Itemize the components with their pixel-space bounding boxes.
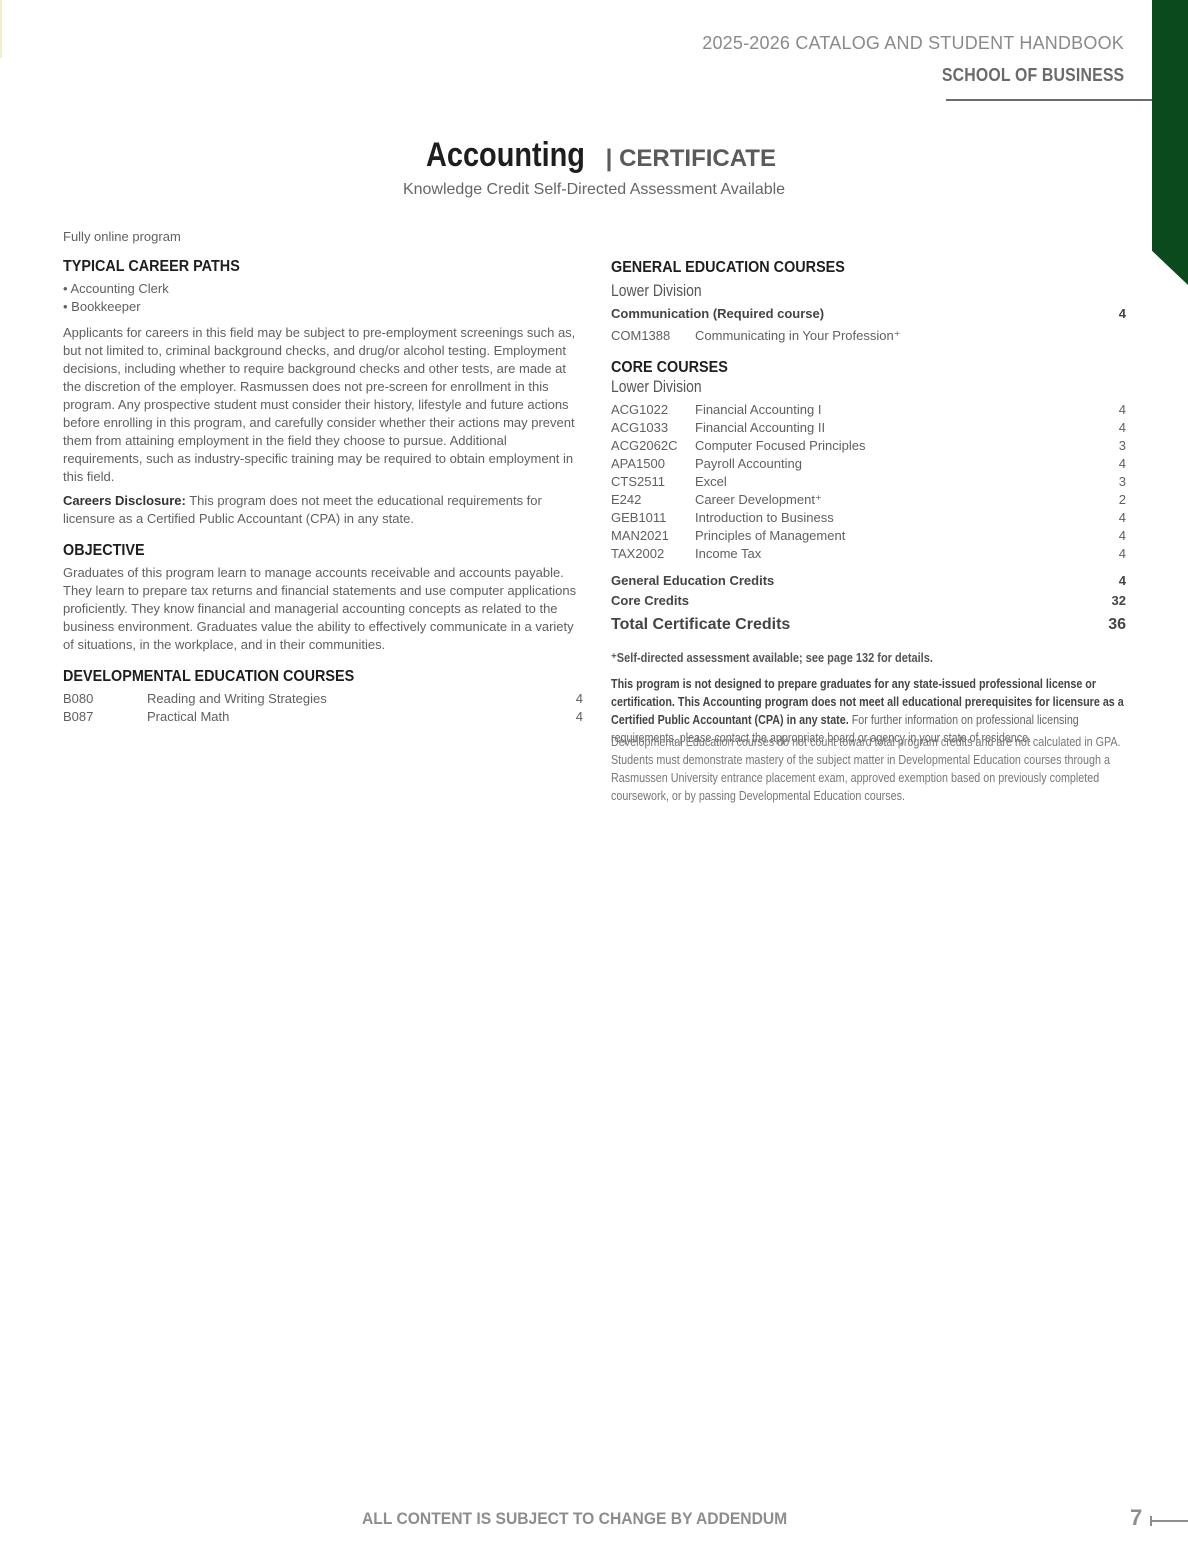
course-code: GEB1011 — [611, 509, 695, 527]
course-row: ACG1033Financial Accounting II4 — [611, 419, 1126, 437]
course-row: TAX2002Income Tax4 — [611, 545, 1126, 563]
left-column: Fully online program TYPICAL CAREER PATH… — [63, 228, 583, 740]
course-credits: 4 — [1106, 509, 1126, 527]
total-credits-row: Total Certificate Credits 36 — [611, 615, 1126, 635]
developmental-section: DEVELOPMENTAL EDUCATION COURSES B080 Rea… — [63, 668, 583, 726]
page-edge-mark — [0, 0, 2, 58]
course-code: TAX2002 — [611, 545, 695, 563]
developmental-heading: DEVELOPMENTAL EDUCATION COURSES — [63, 668, 531, 686]
course-credits: 3 — [1106, 437, 1126, 455]
page-title: Accounting | CERTIFICATE — [0, 136, 1188, 175]
course-group-header: Communication (Required course) 4 — [611, 305, 1126, 323]
disclosure-label: Careers Disclosure: — [63, 493, 186, 508]
course-code: B087 — [63, 708, 147, 726]
objective-text: Graduates of this program learn to manag… — [63, 564, 583, 654]
course-credits: 4 — [563, 708, 583, 726]
course-row: B080 Reading and Writing Strategies 4 — [63, 690, 583, 708]
developmental-note: Developmental Education courses do not c… — [611, 733, 1127, 805]
footer-disclaimer: ALL CONTENT IS SUBJECT TO CHANGE BY ADDE… — [362, 1509, 787, 1529]
course-name: Reading and Writing Strategies — [147, 690, 563, 708]
course-credits: 4 — [1106, 419, 1126, 437]
right-column: GENERAL EDUCATION COURSES Lower Division… — [611, 259, 1126, 805]
course-code: MAN2021 — [611, 527, 695, 545]
division-label: Lower Division — [611, 281, 1033, 301]
delivery-mode: Fully online program — [63, 228, 583, 246]
course-row: CTS2511Excel3 — [611, 473, 1126, 491]
division-label: Lower Division — [611, 377, 1033, 397]
course-code: ACG2062C — [611, 437, 695, 455]
program-name: Accounting — [426, 136, 585, 175]
group-label: Communication (Required course) — [611, 305, 1106, 323]
core-credits-label: Core Credits — [611, 591, 1086, 611]
course-code: ACG1022 — [611, 401, 695, 419]
course-row: GEB1011Introduction to Business4 — [611, 509, 1126, 527]
course-row: APA1500Payroll Accounting4 — [611, 455, 1126, 473]
course-name: Financial Accounting I — [695, 401, 1106, 419]
course-credits: 4 — [1106, 401, 1126, 419]
credit-totals: General Education Credits 4 Core Credits… — [611, 571, 1126, 635]
screening-paragraph: Applicants for careers in this field may… — [63, 324, 583, 486]
program-type: CERTIFICATE — [619, 145, 776, 172]
catalog-title: 2025-2026 CATALOG AND STUDENT HANDBOOK — [702, 33, 1124, 54]
course-row: MAN2021Principles of Management4 — [611, 527, 1126, 545]
course-code: APA1500 — [611, 455, 695, 473]
group-credits: 4 — [1106, 305, 1126, 323]
program-separator: | — [599, 145, 619, 172]
core-credits-value: 32 — [1086, 591, 1126, 611]
total-credits-label: Total Certificate Credits — [611, 615, 1086, 635]
self-directed-footnote: ⁺Self-directed assessment available; see… — [611, 649, 1126, 667]
course-code: ACG1033 — [611, 419, 695, 437]
core-heading: CORE COURSES — [611, 359, 1075, 377]
course-credits: 4 — [1106, 455, 1126, 473]
course-code: COM1388 — [611, 327, 695, 345]
general-education-section: GENERAL EDUCATION COURSES Lower Division… — [611, 259, 1126, 345]
total-credits-value: 36 — [1086, 615, 1126, 635]
school-name: SCHOOL OF BUSINESS — [942, 65, 1124, 86]
course-name: Introduction to Business — [695, 509, 1106, 527]
course-row: ACG1022Financial Accounting I4 — [611, 401, 1126, 419]
course-name: Payroll Accounting — [695, 455, 1106, 473]
page-number: 7 — [1130, 1505, 1142, 1531]
gen-ed-credits-value: 4 — [1086, 571, 1126, 591]
course-credits: 3 — [1106, 473, 1126, 491]
career-paths-list: Accounting Clerk Bookkeeper — [63, 280, 583, 316]
header-divider — [946, 99, 1152, 101]
career-path-item: Bookkeeper — [63, 298, 583, 316]
course-name: Practical Math — [147, 708, 563, 726]
course-credits: 4 — [1106, 527, 1126, 545]
course-code: B080 — [63, 690, 147, 708]
course-credits — [1106, 327, 1126, 345]
careers-disclosure: Careers Disclosure: This program does no… — [63, 492, 583, 528]
gen-ed-credits-label: General Education Credits — [611, 571, 1086, 591]
course-row: E242Career Development⁺2 — [611, 491, 1126, 509]
gen-ed-credits-row: General Education Credits 4 — [611, 571, 1126, 591]
course-name: Communicating in Your Profession⁺ — [695, 327, 1106, 345]
general-education-heading: GENERAL EDUCATION COURSES — [611, 259, 1075, 277]
course-row: ACG2062CComputer Focused Principles3 — [611, 437, 1126, 455]
course-name: Excel — [695, 473, 1106, 491]
career-paths-heading: TYPICAL CAREER PATHS — [63, 258, 531, 276]
core-section: CORE COURSES Lower Division ACG1022Finan… — [611, 359, 1126, 563]
objective-heading: OBJECTIVE — [63, 542, 531, 560]
course-row: COM1388 Communicating in Your Profession… — [611, 327, 1126, 345]
course-name: Principles of Management — [695, 527, 1106, 545]
course-name: Financial Accounting II — [695, 419, 1106, 437]
course-name: Income Tax — [695, 545, 1106, 563]
course-code: CTS2511 — [611, 473, 695, 491]
course-code: E242 — [611, 491, 695, 509]
course-credits: 2 — [1106, 491, 1126, 509]
core-credits-row: Core Credits 32 — [611, 591, 1126, 611]
course-name: Career Development⁺ — [695, 491, 1106, 509]
course-credits: 4 — [563, 690, 583, 708]
course-credits: 4 — [1106, 545, 1126, 563]
program-tagline: Knowledge Credit Self-Directed Assessmen… — [0, 181, 1188, 199]
course-row: B087 Practical Math 4 — [63, 708, 583, 726]
page-number-rule — [1150, 1520, 1188, 1522]
core-course-list: ACG1022Financial Accounting I4ACG1033Fin… — [611, 401, 1126, 563]
career-paths-section: TYPICAL CAREER PATHS Accounting Clerk Bo… — [63, 258, 583, 528]
career-path-item: Accounting Clerk — [63, 280, 583, 298]
course-name: Computer Focused Principles — [695, 437, 1106, 455]
objective-section: OBJECTIVE Graduates of this program lear… — [63, 542, 583, 654]
